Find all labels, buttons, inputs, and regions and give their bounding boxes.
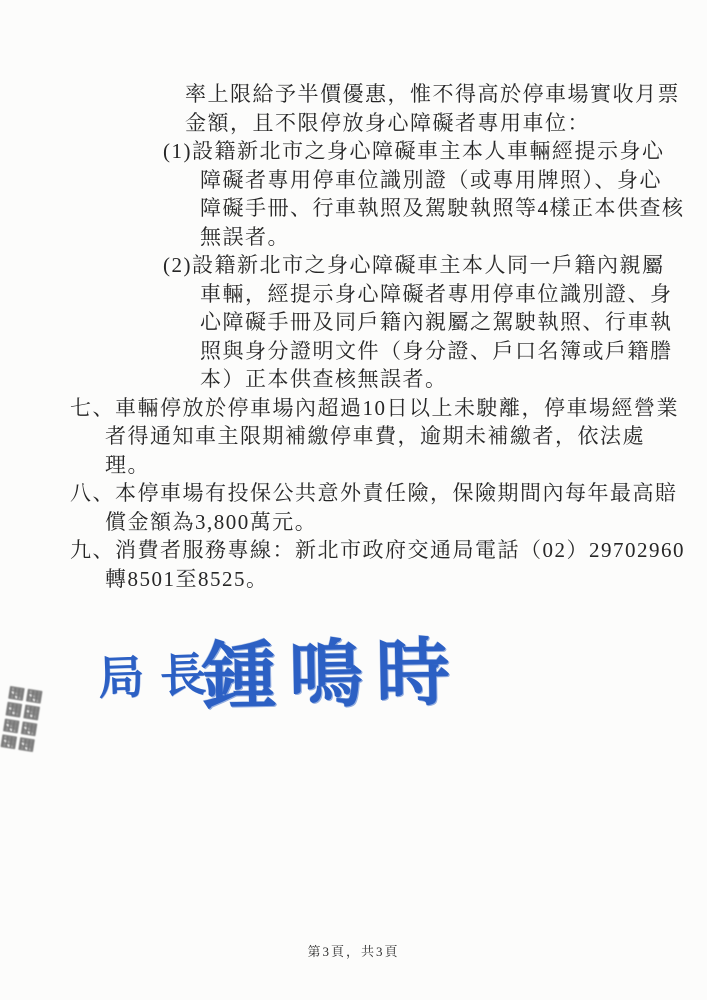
text-line: 障礙者專用停車位識別證（或專用牌照）、身心: [200, 166, 667, 195]
text-line: 理。: [105, 451, 667, 480]
text-line: 者得通知車主限期補繳停車費，逾期未補繳者，依法處: [105, 422, 667, 451]
text-line: 金額，且不限停放身心障礙者專用車位：: [185, 109, 667, 138]
document-body-text: 率上限給予半價優惠，惟不得高於停車場實收月票金額，且不限停放身心障礙者專用車位：…: [70, 80, 667, 593]
text-line: 八、本停車場有投保公共意外責任險，保險期間內每年最高賠: [70, 479, 667, 508]
text-line: 障礙手冊、行車執照及駕駛執照等4樣正本供查核: [200, 194, 667, 223]
text-line: 率上限給予半價優惠，惟不得高於停車場實收月票: [185, 80, 667, 109]
text-line: (1)設籍新北市之身心障礙車主本人車輛經提示身心: [163, 137, 667, 166]
signature-block: 局長 鍾鳴時: [0, 600, 707, 760]
signature-name: 鍾鳴時: [201, 614, 464, 725]
text-line: 無誤者。: [200, 223, 667, 252]
text-line: 心障礙手冊及同戶籍內親屬之駕駛執照、行車執: [200, 308, 667, 337]
seal-glyph-block: [8, 686, 25, 701]
seal-glyph-block: [5, 702, 22, 717]
text-line: (2)設籍新北市之身心障礙車主本人同一戶籍內親屬: [163, 251, 667, 280]
seal-glyph-block: [18, 737, 35, 752]
seal-glyph-block: [0, 734, 17, 749]
text-line: 九、消費者服務專線：新北市政府交通局電話（02）29702960: [70, 536, 667, 565]
text-line: 照與身分證明文件（身分證、戶口名簿或戶籍謄: [200, 337, 667, 366]
text-line: 本）正本供查核無誤者。: [200, 365, 667, 394]
seal-glyph-block: [3, 718, 20, 733]
seal-glyph-block: [26, 689, 43, 704]
text-line: 償金額為3,800萬元。: [105, 508, 667, 537]
text-line: 車輛，經提示身心障礙者專用停車位識別證、身: [200, 280, 667, 309]
seal-glyph-block: [21, 721, 38, 736]
page-number: 第3頁，共3頁: [0, 941, 707, 960]
document-page: 率上限給予半價優惠，惟不得高於停車場實收月票金額，且不限停放身心障礙者專用車位：…: [0, 0, 707, 1000]
text-line: 轉8501至8525。: [105, 565, 667, 594]
text-line: 七、車輛停放於停車場內超過10日以上未駛離，停車場經營業: [70, 394, 667, 423]
seal-glyph-block: [23, 705, 40, 720]
